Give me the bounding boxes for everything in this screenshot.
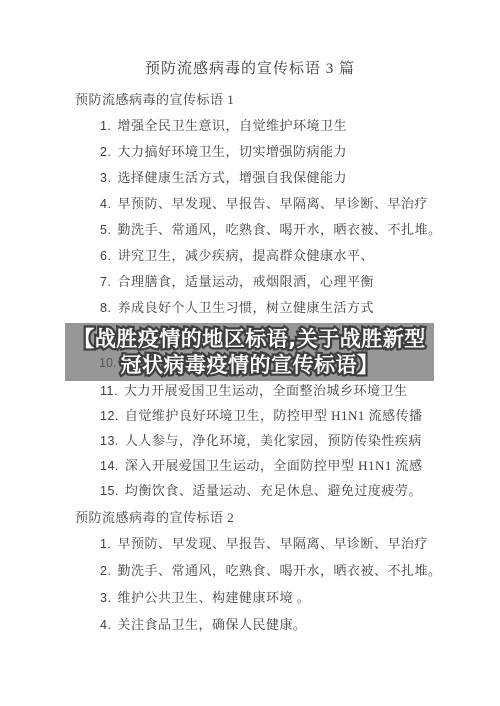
overlay-text-line2: 冠状病毒疫情的宣传标语】 [65,352,434,378]
slogan-item: 4.关注食品卫生，确保人民健康。 [100,611,490,638]
item-number: 8. [100,295,111,321]
item-number: 12. [100,404,119,429]
item-text: 维护公共卫生、构建健康环境 。 [117,590,310,605]
slogan-item: 11.大力开展爱国卫生运动，全面整治城乡环境卫生 [100,378,490,403]
item-text: 勤洗手、常通风，吃熟食、喝开水，晒衣被、不扎堆。 [117,563,441,578]
censor-overlay: 【战胜疫情的地区标语,关于战胜新型 冠状病毒疫情的宣传标语】 [65,323,434,381]
item-number: 1. [100,531,111,558]
slogan-item: 2.勤洗手、常通风，吃熟食、喝开水，晒衣被、不扎堆。 [100,557,490,584]
item-number: 11. [100,379,118,404]
item-text: 自觉维护良好环境卫生，防控甲型 H1N1 流感传播 [125,408,423,423]
slogan-item: 12.自觉维护良好环境卫生，防控甲型 H1N1 流感传播 [100,403,490,428]
item-text: 大力搞好环境卫生，切实增强防病能力 [117,144,347,159]
item-number: 13. [100,429,119,454]
item-text: 关注食品卫生，确保人民健康。 [117,617,306,632]
item-text: 养成良好个人卫生习惯，树立健康生活方式 [117,300,374,315]
item-text: 勤洗手、常通风，吃熟食、喝开水，晒衣被、不扎堆。 [117,222,441,237]
item-number: 4. [100,191,111,217]
item-number: 5. [100,217,111,243]
slogan-item: 4.早预防、早发现、早报告、早隔离、早诊断、早治疗 [100,191,490,217]
section-2-heading: 预防流感病毒的宣传标语 2 [75,509,234,526]
slogan-item: 8.养成良好个人卫生习惯，树立健康生活方式 [100,295,490,321]
item-number: 14. [100,454,119,479]
item-text: 深入开展爱国卫生运动，全面防控甲型 H1N1 流感 [125,458,423,473]
slogan-item: 3.选择健康生活方式，增强自我保健能力 [100,165,490,191]
slogan-item: 2.大力搞好环境卫生，切实增强防病能力 [100,139,490,165]
item-number: 7. [100,269,111,295]
item-text: 讲究卫生，减少疾病，提高群众健康水平、 [117,248,374,263]
section-1-list-bottom: 11.大力开展爱国卫生运动，全面整治城乡环境卫生12.自觉维护良好环境卫生，防控… [100,378,490,503]
item-number: 1. [100,113,111,139]
item-text: 大力开展爱国卫生运动，全面整治城乡环境卫生 [124,383,408,398]
section-1-list-top: 1.增强全民卫生意识，自觉维护环境卫生2.大力搞好环境卫生，切实增强防病能力3.… [100,113,490,321]
slogan-item: 15.均衡饮食、适量运动、充足休息、避免过度疲劳。 [100,478,490,503]
slogan-item: 7.合理膳食，适量运动，戒烟限酒，心理平衡 [100,269,490,295]
slogan-item: 14.深入开展爱国卫生运动，全面防控甲型 H1N1 流感 [100,453,490,478]
item-number: 2. [100,139,111,165]
slogan-item: 1.增强全民卫生意识，自觉维护环境卫生 [100,113,490,139]
item-text: 合理膳食，适量运动，戒烟限酒，心理平衡 [117,274,374,289]
item-number: 2. [100,558,111,585]
item-text: 增强全民卫生意识，自觉维护环境卫生 [117,118,347,133]
item-text: 人人参与，净化环境，美化家园，预防传染性疾病 [125,433,422,448]
slogan-item: 3.维护公共卫生、构建健康环境 。 [100,584,490,611]
item-number: 6. [100,243,111,269]
slogan-item: 1.早预防、早发现、早报告、早隔离、早诊断、早治疗 [100,530,490,557]
document-title: 预防流感病毒的宣传标语 3 篇 [0,59,500,79]
section-1-heading: 预防流感病毒的宣传标语 1 [75,91,234,108]
item-text: 早预防、早发现、早报告、早隔离、早诊断、早治疗 [117,536,428,551]
item-text: 选择健康生活方式，增强自我保健能力 [117,170,347,185]
item-number: 4. [100,612,111,639]
document-page: 预防流感病毒的宣传标语 3 篇 预防流感病毒的宣传标语 1 1.增强全民卫生意识… [0,0,500,706]
item-text: 均衡饮食、适量运动、充足休息、避免过度疲劳。 [125,483,422,498]
slogan-item: 5.勤洗手、常通风，吃熟食、喝开水，晒衣被、不扎堆。 [100,217,490,243]
overlay-text-line1: 【战胜疫情的地区标语,关于战胜新型 [65,326,434,352]
item-number: 3. [100,585,111,612]
slogan-item: 6.讲究卫生，减少疾病，提高群众健康水平、 [100,243,490,269]
item-number: 3. [100,165,111,191]
section-2-list: 1.早预防、早发现、早报告、早隔离、早诊断、早治疗2.勤洗手、常通风，吃熟食、喝… [100,530,490,638]
item-number: 15. [100,479,119,504]
slogan-item: 13.人人参与，净化环境，美化家园，预防传染性疾病 [100,428,490,453]
obscured-item-number: 10. [99,356,116,370]
item-text: 早预防、早发现、早报告、早隔离、早诊断、早治疗 [117,196,428,211]
